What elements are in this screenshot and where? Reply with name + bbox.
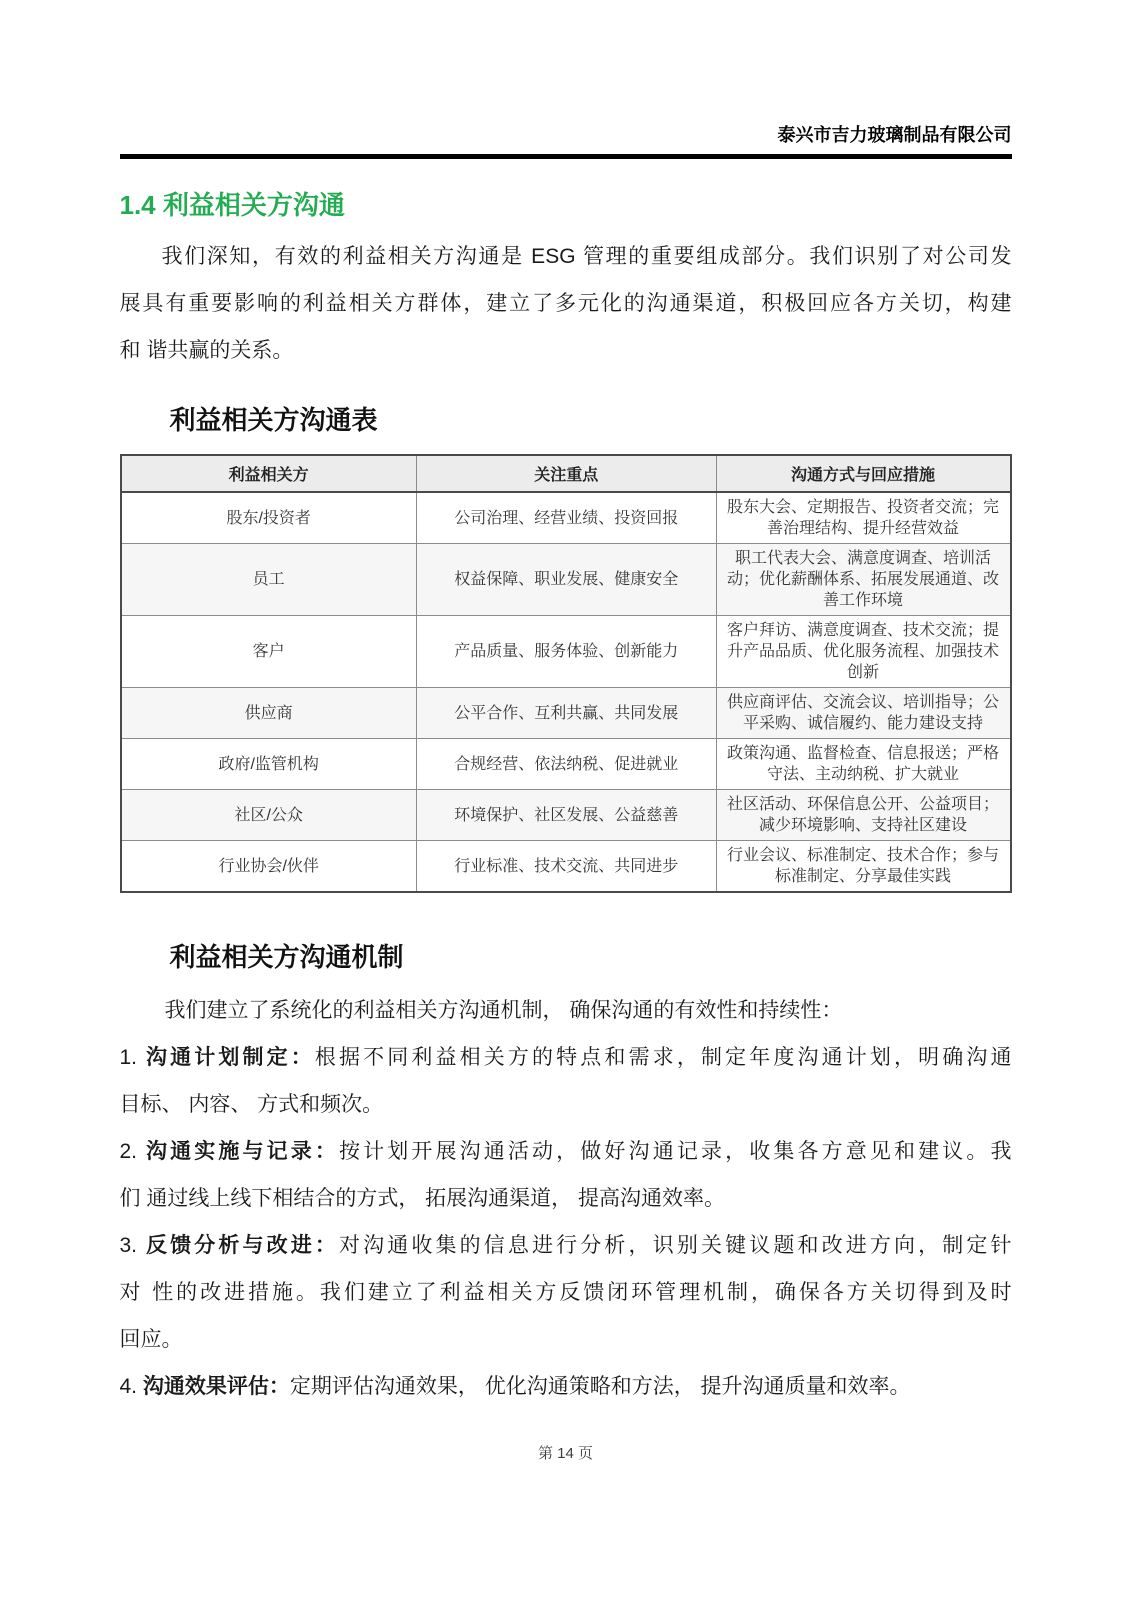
document-page: 泰兴市吉力玻璃制品有限公司 1.4 利益相关方沟通 我们深知，有效的利益相关方沟… xyxy=(0,0,1131,1600)
list-item-line: 们 通过线上线下相结合的方式， 拓展沟通渠道， 提高沟通效率。 xyxy=(120,1175,1012,1222)
cell-stakeholder: 行业协会/伙伴 xyxy=(121,841,417,893)
list-item-line: 4. 沟通效果评估：定期评估沟通效果， 优化沟通策略和方法， 提升沟通质量和效率… xyxy=(120,1363,1012,1410)
item-label: 沟通实施与记录： xyxy=(146,1140,339,1163)
list-item-line: 1. 沟通计划制定：根据不同利益相关方的特点和需求，制定年度沟通计划，明确沟通 xyxy=(120,1034,1012,1081)
cell-stakeholder: 社区/公众 xyxy=(121,790,417,841)
cell-focus: 合规经营、依法纳税、促进就业 xyxy=(416,739,716,790)
cell-focus: 环境保护、社区发展、公益慈善 xyxy=(416,790,716,841)
table-row: 员工 权益保障、职业发展、健康安全 职工代表大会、满意度调查、培训活动；优化薪酬… xyxy=(121,544,1011,616)
column-header-focus: 关注重点 xyxy=(416,455,716,492)
table-body: 股东/投资者 公司治理、经营业绩、投资回报 股东大会、定期报告、投资者交流；完善… xyxy=(121,492,1011,892)
header-company-name: 泰兴市吉力玻璃制品有限公司 xyxy=(120,0,1012,148)
table-title: 利益相关方沟通表 xyxy=(170,402,1012,438)
table-row: 股东/投资者 公司治理、经营业绩、投资回报 股东大会、定期报告、投资者交流；完善… xyxy=(121,492,1011,544)
item-label: 沟通计划制定： xyxy=(146,1046,315,1069)
cell-channels: 职工代表大会、满意度调查、培训活动；优化薪酬体系、拓展发展通道、改善工作环境 xyxy=(716,544,1010,616)
list-item-1: 1. 沟通计划制定：根据不同利益相关方的特点和需求，制定年度沟通计划，明确沟通 … xyxy=(120,1034,1012,1128)
item-number: 3. xyxy=(120,1234,146,1257)
table-row: 行业协会/伙伴 行业标准、技术交流、共同进步 行业会议、标准制定、技术合作；参与… xyxy=(121,841,1011,893)
cell-stakeholder: 员工 xyxy=(121,544,417,616)
item-label: 反馈分析与改进： xyxy=(146,1234,339,1257)
cell-channels: 社区活动、环保信息公开、公益项目；减少环境影响、支持社区建设 xyxy=(716,790,1010,841)
mechanism-section-title: 利益相关方沟通机制 xyxy=(170,939,1012,975)
item-number: 2. xyxy=(120,1140,146,1163)
table-row: 政府/监管机构 合规经营、依法纳税、促进就业 政策沟通、监督检查、信息报送；严格… xyxy=(121,739,1011,790)
item-number: 1. xyxy=(120,1046,146,1069)
cell-stakeholder: 客户 xyxy=(121,616,417,688)
paragraph-line: 和 谐共赢的关系。 xyxy=(120,327,1012,374)
list-item-line: 2. 沟通实施与记录：按计划开展沟通活动，做好沟通记录，收集各方意见和建议。我 xyxy=(120,1128,1012,1175)
cell-focus: 权益保障、职业发展、健康安全 xyxy=(416,544,716,616)
item-text: 根据不同利益相关方的特点和需求，制定年度沟通计划，明确沟通 xyxy=(315,1046,1012,1069)
table-row: 客户 产品质量、服务体验、创新能力 客户拜访、满意度调查、技术交流；提升产品品质… xyxy=(121,616,1011,688)
cell-focus: 公平合作、互利共赢、共同发展 xyxy=(416,688,716,739)
page-content: 泰兴市吉力玻璃制品有限公司 1.4 利益相关方沟通 我们深知，有效的利益相关方沟… xyxy=(120,0,1012,1410)
page-number: 第 14 页 xyxy=(0,1442,1131,1463)
list-item-line: 回应。 xyxy=(120,1316,1012,1363)
cell-focus: 行业标准、技术交流、共同进步 xyxy=(416,841,716,893)
cell-stakeholder: 股东/投资者 xyxy=(121,492,417,544)
column-header-stakeholder: 利益相关方 xyxy=(121,455,417,492)
stakeholder-communication-table: 利益相关方 关注重点 沟通方式与回应措施 股东/投资者 公司治理、经营业绩、投资… xyxy=(120,454,1012,893)
table-row: 供应商 公平合作、互利共赢、共同发展 供应商评估、交流会议、培训指导；公平采购、… xyxy=(121,688,1011,739)
cell-stakeholder: 供应商 xyxy=(121,688,417,739)
list-item-2: 2. 沟通实施与记录：按计划开展沟通活动，做好沟通记录，收集各方意见和建议。我 … xyxy=(120,1128,1012,1222)
table-header-row: 利益相关方 关注重点 沟通方式与回应措施 xyxy=(121,455,1011,492)
item-label: 沟通效果评估： xyxy=(143,1375,290,1398)
cell-channels: 行业会议、标准制定、技术合作；参与标准制定、分享最佳实践 xyxy=(716,841,1010,893)
header-rule xyxy=(120,154,1012,159)
cell-channels: 客户拜访、满意度调查、技术交流；提升产品品质、优化服务流程、加强技术创新 xyxy=(716,616,1010,688)
column-header-channels: 沟通方式与回应措施 xyxy=(716,455,1010,492)
table-head: 利益相关方 关注重点 沟通方式与回应措施 xyxy=(121,455,1011,492)
list-item-line: 3. 反馈分析与改进：对沟通收集的信息进行分析，识别关键议题和改进方向，制定针 xyxy=(120,1222,1012,1269)
list-item-line: 目标、 内容、 方式和频次。 xyxy=(120,1081,1012,1128)
cell-stakeholder: 政府/监管机构 xyxy=(121,739,417,790)
list-item-3: 3. 反馈分析与改进：对沟通收集的信息进行分析，识别关键议题和改进方向，制定针 … xyxy=(120,1222,1012,1363)
cell-focus: 公司治理、经营业绩、投资回报 xyxy=(416,492,716,544)
item-text: 按计划开展沟通活动，做好沟通记录，收集各方意见和建议。我 xyxy=(339,1140,1011,1163)
table-row: 社区/公众 环境保护、社区发展、公益慈善 社区活动、环保信息公开、公益项目；减少… xyxy=(121,790,1011,841)
list-item-line: 对 性的改进措施。我们建立了利益相关方反馈闭环管理机制，确保各方关切得到及时 xyxy=(120,1269,1012,1316)
cell-channels: 政策沟通、监督检查、信息报送；严格守法、主动纳税、扩大就业 xyxy=(716,739,1010,790)
item-text: 定期评估沟通效果， 优化沟通策略和方法， 提升沟通质量和效率。 xyxy=(290,1375,911,1398)
intro-paragraph: 我们深知，有效的利益相关方沟通是 ESG 管理的重要组成部分。我们识别了对公司发… xyxy=(120,233,1012,374)
cell-channels: 股东大会、定期报告、投资者交流；完善治理结构、提升经营效益 xyxy=(716,492,1010,544)
cell-focus: 产品质量、服务体验、创新能力 xyxy=(416,616,716,688)
paragraph-line: 我们深知，有效的利益相关方沟通是 ESG 管理的重要组成部分。我们识别了对公司发 xyxy=(120,233,1012,280)
section-1-4-title: 1.4 利益相关方沟通 xyxy=(120,187,1012,223)
item-text: 对沟通收集的信息进行分析，识别关键议题和改进方向，制定针 xyxy=(339,1234,1011,1257)
paragraph-line: 展具有重要影响的利益相关方群体，建立了多元化的沟通渠道，积极回应各方关切，构建 xyxy=(120,280,1012,327)
list-item-4: 4. 沟通效果评估：定期评估沟通效果， 优化沟通策略和方法， 提升沟通质量和效率… xyxy=(120,1363,1012,1410)
mechanism-intro-line: 我们建立了系统化的利益相关方沟通机制， 确保沟通的有效性和持续性： xyxy=(120,987,1012,1034)
item-number: 4. xyxy=(120,1375,143,1398)
mechanism-list: 1. 沟通计划制定：根据不同利益相关方的特点和需求，制定年度沟通计划，明确沟通 … xyxy=(120,1034,1012,1410)
cell-channels: 供应商评估、交流会议、培训指导；公平采购、诚信履约、能力建设支持 xyxy=(716,688,1010,739)
